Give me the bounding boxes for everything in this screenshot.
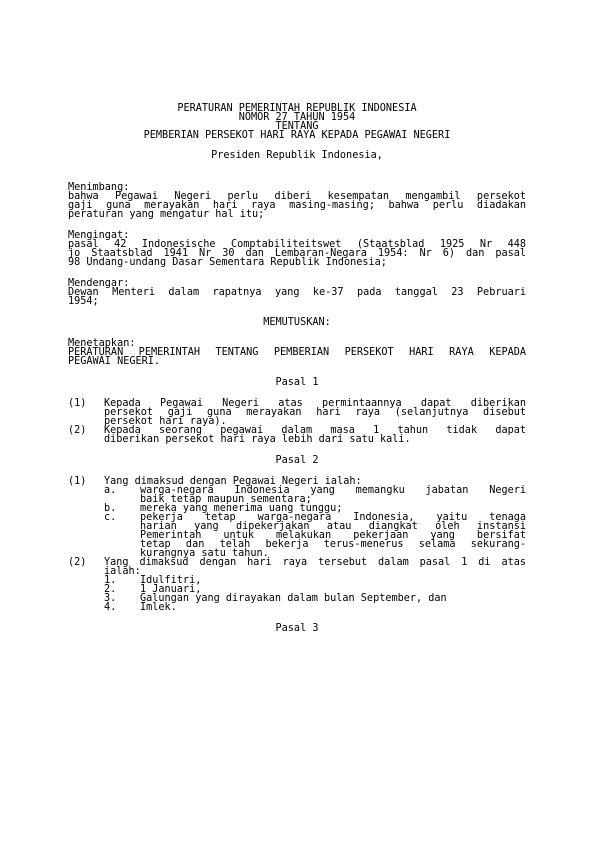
holiday-item: Galungan yang dirayakan dalam bulan Sept… (140, 594, 447, 603)
pasal-1-title: Pasal 1 (68, 378, 526, 387)
mendengar-line: Dewan Menteri dalam rapatnya yang ke-37 … (68, 288, 526, 297)
pasal-1-item-number: (2) (68, 426, 86, 435)
holiday-item: Imlek. (140, 603, 177, 612)
president-line: Presiden Republik Indonesia, (68, 151, 526, 160)
menimbang-line: peraturan yang mengatur hal itu; (68, 210, 526, 219)
mengingat-line: 98 Undang-undang Dasar Sementara Republi… (68, 258, 526, 267)
pasal-1-item-number: (1) (68, 399, 86, 408)
pasal-1-item-line: diberikan persekot hari raya lebih dari … (104, 435, 411, 444)
pasal-3-title: Pasal 3 (68, 624, 526, 633)
pasal-2-title: Pasal 2 (68, 456, 526, 465)
pasal-2-item-number: (2) (68, 558, 86, 567)
holiday-number: 4. (104, 603, 116, 612)
subitem-letter: c. (104, 513, 116, 522)
menetapkan-line: PEGAWAI NEGERI. (68, 357, 526, 366)
memutuskan-heading: MEMUTUSKAN: (68, 318, 526, 327)
header-subject: PEMBERIAN PERSEKOT HARI RAYA KEPADA PEGA… (68, 131, 526, 140)
mendengar-line: 1954; (68, 297, 526, 306)
pasal-2-item-number: (1) (68, 477, 86, 486)
pasal-2-item-line: Yang dimaksud dengan hari raya tersebut … (104, 558, 526, 567)
document-page: PERATURAN PEMERINTAH REPUBLIK INDONESIA … (0, 0, 595, 842)
subitem-letter: a. (104, 486, 116, 495)
